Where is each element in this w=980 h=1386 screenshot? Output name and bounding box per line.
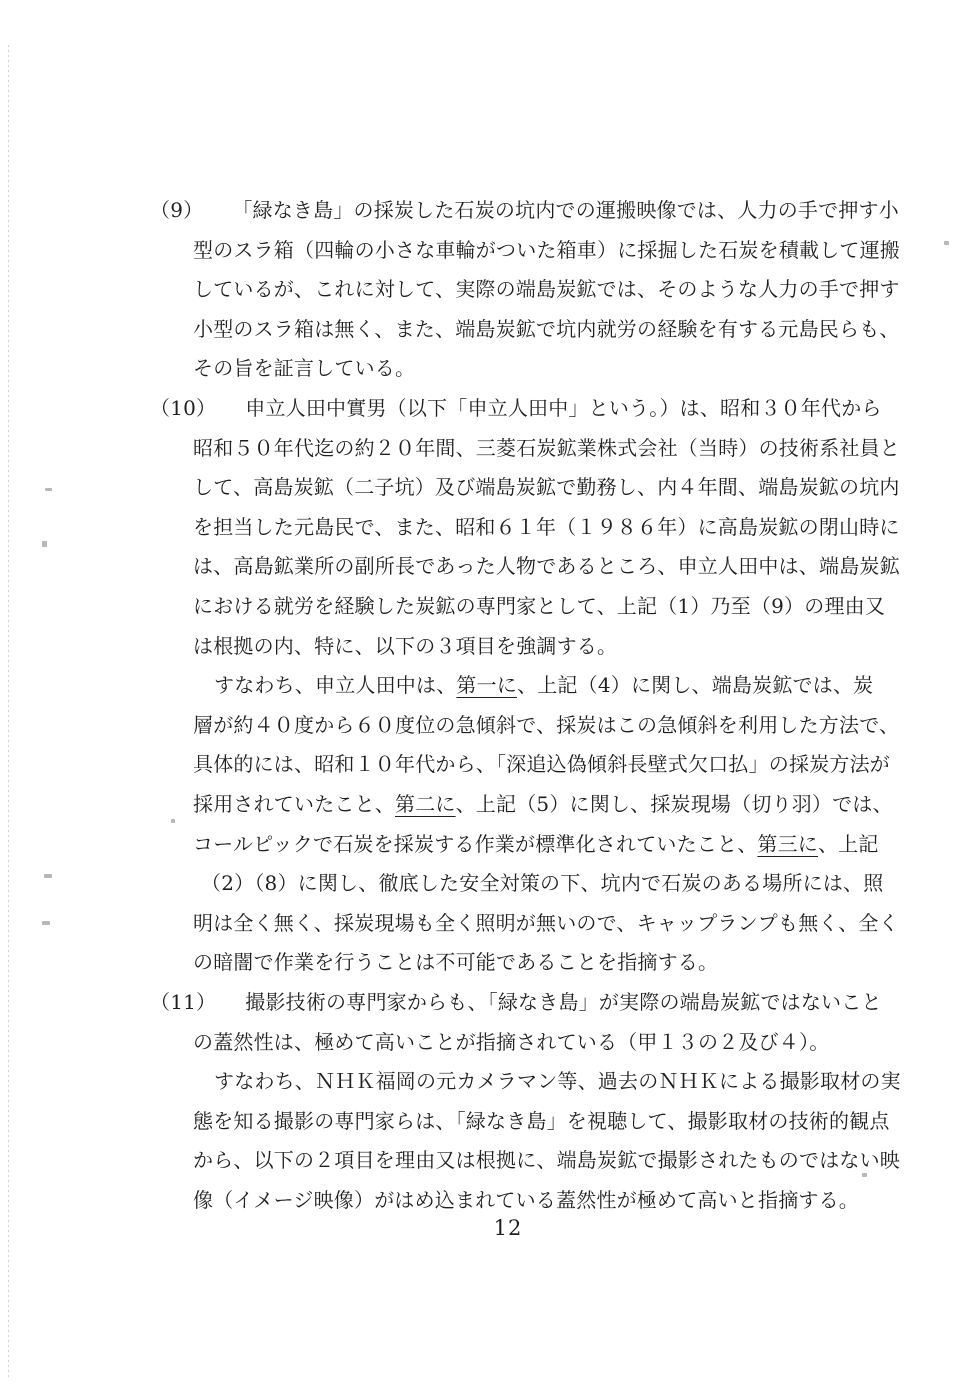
- text-line: における就労を経験した炭鉱の専門家として、上記（1）乃至（9）の理由又: [193, 592, 885, 620]
- text-line: （11）撮影技術の専門家からも、「緑なき島」が実際の端島炭鉱ではないこと: [150, 988, 882, 1016]
- text-line: （2）（8）に関し、徹底した安全対策の下、坑内で石炭のある場所には、照: [201, 869, 883, 897]
- scan-speck: [944, 241, 949, 245]
- text-segment: 明は全く無く、採炭現場も全く照明が無いので、キャップランプも無く、全く: [193, 911, 899, 935]
- text-line: しているが、これに対して、実際の端島炭鉱では、そのような人力の手で押す: [193, 275, 900, 303]
- paragraph-number: （11）: [150, 988, 216, 1016]
- text-line: の暗闇で作業を行うことは不可能であることを指摘する。: [193, 948, 718, 976]
- text-line: 型のスラ箱（四輪の小さな車輪がついた箱車）に採掘した石炭を積載して運搬: [193, 236, 900, 264]
- text-line: は、高島鉱業所の副所長であった人物であるところ、申立人田中は、端島炭鉱: [193, 552, 900, 580]
- text-line: すなわち、ＮＨＫ福岡の元カメラマン等、過去のＮＨＫによる撮影取材の実: [214, 1067, 901, 1095]
- text-segment: （2）（8）に関し、徹底した安全対策の下、坑内で石炭のある場所には、照: [201, 871, 883, 895]
- text-segment: は根拠の内、特に、以下の３項目を強調する。: [193, 634, 617, 658]
- text-line: 小型のスラ箱は無く、また、端島炭鉱で坑内就労の経験を有する元島民らも、: [193, 315, 900, 343]
- scan-speck: [42, 541, 47, 547]
- text-line: 採用されていたこと、第二に、上記（5）に関し、採炭現場（切り羽）では、: [193, 790, 893, 818]
- text-segment: 申立人田中實男（以下「申立人田中」という。）は、昭和３０年代から: [245, 396, 881, 420]
- scan-speck: [862, 1173, 867, 1177]
- text-segment: 型のスラ箱（四輪の小さな車輪がついた箱車）に採掘した石炭を積載して運搬: [193, 238, 900, 262]
- text-line: は根拠の内、特に、以下の３項目を強調する。: [193, 632, 617, 660]
- text-segment: コールピックで石炭を採炭する作業が標準化されていたこと、: [193, 832, 757, 856]
- text-line: 明は全く無く、採炭現場も全く照明が無いので、キャップランプも無く、全く: [193, 909, 899, 937]
- scan-speck: [171, 819, 175, 823]
- text-segment: 、上記（4）に関し、端島炭鉱では、炭: [517, 673, 873, 697]
- text-line: を担当した元島民で、また、昭和６１年（１９８６年）に高島炭鉱の閉山時に: [193, 513, 900, 541]
- text-segment: 層が約４０度から６０度位の急傾斜で、採炭はこの急傾斜を利用した方法で、: [193, 713, 899, 737]
- text-segment: 撮影技術の専門家からも、「緑なき島」が実際の端島炭鉱ではないこと: [245, 990, 881, 1014]
- text-segment: 態を知る撮影の専門家らは、「緑なき島」を視聴して、撮影取材の技術的観点: [193, 1109, 890, 1133]
- text-line: の蓋然性は、極めて高いことが指摘されている（甲１３の２及び４）。: [193, 1028, 829, 1056]
- scan-speck: [45, 488, 52, 491]
- text-segment: すなわち、申立人田中は、: [214, 673, 456, 697]
- text-segment: その旨を証言している。: [193, 356, 415, 380]
- text-line: （9）「緑なき島」の採炭した石炭の坑内での運搬映像では、人力の手で押す小: [150, 196, 899, 224]
- paragraph-number: （10）: [150, 394, 216, 422]
- text-line: その旨を証言している。: [193, 354, 415, 382]
- document-page: （9）「緑なき島」の採炭した石炭の坑内での運搬映像では、人力の手で押す小型のスラ…: [0, 0, 980, 1386]
- text-line: して、高島炭鉱（二子坑）及び端島炭鉱で勤務し、内４年間、端島炭鉱の坑内: [193, 473, 900, 501]
- text-segment: 像（イメージ映像）がはめ込まれている蓋然性が極めて高いと指摘する。: [193, 1188, 859, 1212]
- text-segment: 具体的には、昭和１０年代から、「深追込偽傾斜長壁式欠口払」の採炭方法が: [193, 752, 890, 776]
- text-line: （10）申立人田中實男（以下「申立人田中」という。）は、昭和３０年代から: [150, 394, 882, 422]
- text-segment: における就労を経験した炭鉱の専門家として、上記（1）乃至（9）の理由又: [193, 594, 885, 618]
- text-line: コールピックで石炭を採炭する作業が標準化されていたこと、第三に、上記: [193, 830, 879, 858]
- text-line: 層が約４０度から６０度位の急傾斜で、採炭はこの急傾斜を利用した方法で、: [193, 711, 899, 739]
- text-segment: 採用されていたこと、: [193, 792, 395, 816]
- page-number: 12: [18, 1216, 980, 1240]
- scan-edge-line: [8, 45, 9, 1380]
- text-line: 具体的には、昭和１０年代から、「深追込偽傾斜長壁式欠口払」の採炭方法が: [193, 750, 890, 778]
- text-segment: は、高島鉱業所の副所長であった人物であるところ、申立人田中は、端島炭鉱: [193, 554, 900, 578]
- text-segment: して、高島炭鉱（二子坑）及び端島炭鉱で勤務し、内４年間、端島炭鉱の坑内: [193, 475, 900, 499]
- text-segment: しているが、これに対して、実際の端島炭鉱では、そのような人力の手で押す: [193, 277, 900, 301]
- scan-speck: [42, 921, 50, 925]
- paragraph-number: （9）: [150, 196, 203, 224]
- text-line: 像（イメージ映像）がはめ込まれている蓋然性が極めて高いと指摘する。: [193, 1186, 859, 1214]
- text-segment: 「緑なき島」の採炭した石炭の坑内での運搬映像では、人力の手で押す小: [232, 198, 899, 222]
- text-segment: 小型のスラ箱は無く、また、端島炭鉱で坑内就労の経験を有する元島民らも、: [193, 317, 900, 341]
- text-line: 態を知る撮影の専門家らは、「緑なき島」を視聴して、撮影取材の技術的観点: [193, 1107, 890, 1135]
- underlined-phrase: 第三に: [757, 832, 818, 856]
- text-line: から、以下の２項目を理由又は根拠に、端島炭鉱で撮影されたものではない映: [193, 1146, 900, 1174]
- text-segment: 昭和５０年代迄の約２０年間、三菱石炭鉱業株式会社（当時）の技術系社員と: [193, 436, 900, 460]
- underlined-phrase: 第二に: [395, 792, 456, 816]
- text-line: すなわち、申立人田中は、第一に、上記（4）に関し、端島炭鉱では、炭: [214, 671, 873, 699]
- text-segment: 、上記: [818, 832, 879, 856]
- text-segment: から、以下の２項目を理由又は根拠に、端島炭鉱で撮影されたものではない映: [193, 1148, 900, 1172]
- scan-speck: [44, 874, 52, 878]
- underlined-phrase: 第一に: [456, 673, 517, 697]
- text-segment: の蓋然性は、極めて高いことが指摘されている（甲１３の２及び４）。: [193, 1030, 829, 1054]
- text-line: 昭和５０年代迄の約２０年間、三菱石炭鉱業株式会社（当時）の技術系社員と: [193, 434, 900, 462]
- text-segment: を担当した元島民で、また、昭和６１年（１９８６年）に高島炭鉱の閉山時に: [193, 515, 900, 539]
- text-segment: の暗闇で作業を行うことは不可能であることを指摘する。: [193, 950, 718, 974]
- text-segment: 、上記（5）に関し、採炭現場（切り羽）では、: [456, 792, 893, 816]
- text-segment: すなわち、ＮＨＫ福岡の元カメラマン等、過去のＮＨＫによる撮影取材の実: [214, 1069, 901, 1093]
